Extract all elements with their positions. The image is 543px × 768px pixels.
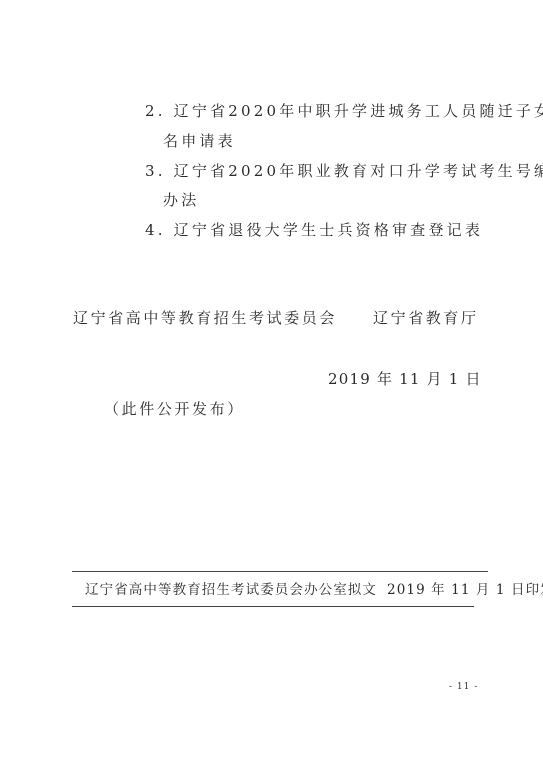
- signature-education-department: 辽宁省教育厅: [373, 308, 479, 328]
- document-page: 2. 辽宁省2020年中职升学进城务工人员随迁子女报 名申请表 3. 辽宁省20…: [0, 0, 543, 768]
- attachment-4-line-1: 4. 辽宁省退役大学生士兵资格审查登记表: [145, 220, 483, 240]
- footer-issue-date: 2019 年 11 月 1 日印发: [387, 582, 543, 598]
- footer-issuer: 辽宁省高中等教育招生考试委员会办公室拟文2019 年 11 月 1 日印发: [85, 580, 543, 600]
- footer-issuer-text: 辽宁省高中等教育招生考试委员会办公室拟文: [85, 582, 377, 598]
- signature-exam-committee: 辽宁省高中等教育招生考试委员会: [73, 308, 337, 328]
- footer-bottom-rule: [72, 606, 474, 607]
- attachment-3-line-2: 办法: [163, 190, 199, 210]
- attachment-3-line-1: 3. 辽宁省2020年职业教育对口升学考试考生号编排: [145, 161, 543, 181]
- footer-top-rule: [72, 571, 488, 572]
- document-date: 2019 年 11 月 1 日: [328, 369, 482, 389]
- publication-note: （此件公开发布）: [104, 399, 245, 419]
- page-number: - 11 -: [449, 682, 478, 692]
- attachment-2-line-2: 名申请表: [163, 131, 236, 151]
- attachment-2-line-1: 2. 辽宁省2020年中职升学进城务工人员随迁子女报: [145, 101, 543, 121]
